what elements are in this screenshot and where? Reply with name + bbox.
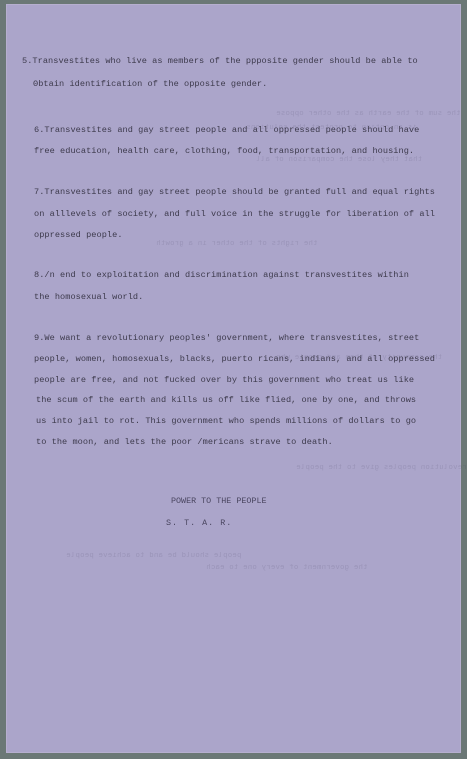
item-9-line-4: the scum of the earth and kills us off l…: [36, 395, 416, 405]
bleed-through-text: the government of every one to each: [206, 564, 367, 572]
bleed-through-text: the sum of the earth as the other oppose: [276, 110, 461, 118]
item-8-line-1: 8./n end to exploitation and discriminat…: [34, 270, 409, 280]
bleed-through-text: the rights of the other in a growth: [156, 240, 317, 248]
bleed-through-text: that they lose the comparison of all: [256, 156, 422, 164]
item-9-line-5: us into jail to rot. This government who…: [36, 416, 416, 426]
item-7-line-3: oppressed people.: [34, 230, 123, 240]
item-9-line-3: people are free, and not fucked over by …: [34, 375, 414, 385]
bleed-through-text: the revolution peoples give to the peopl…: [296, 464, 467, 472]
bleed-through-text: people should be and to achieve people: [66, 552, 241, 560]
item-9-line-2: people, women, homosexuals, blacks, puer…: [34, 354, 435, 364]
item-9-line-1: 9.We want a revolutionary peoples' gover…: [34, 333, 419, 343]
document-page: the sum of the earth as the other oppose…: [6, 4, 461, 753]
item-5-line-2: Θbtain identification of the opposite ge…: [33, 79, 267, 89]
item-5-line-1: 5.Transvestites who live as members of t…: [22, 56, 418, 66]
item-7-line-2: on alllevels of society, and full voice …: [34, 209, 435, 219]
item-9-line-6: to the moon, and lets the poor /mericans…: [36, 437, 333, 447]
closing-slogan: POWER TO THE PEOPLE: [171, 496, 267, 506]
item-8-line-2: the homosexual world.: [34, 292, 143, 302]
closing-signature: S. T. A. R.: [166, 518, 232, 528]
item-6-line-1: 6.Transvestites and gay street people an…: [34, 125, 419, 135]
item-7-line-1: 7.Transvestites and gay street people sh…: [34, 187, 435, 197]
item-6-line-2: free education, health care, clothing, f…: [34, 146, 414, 156]
